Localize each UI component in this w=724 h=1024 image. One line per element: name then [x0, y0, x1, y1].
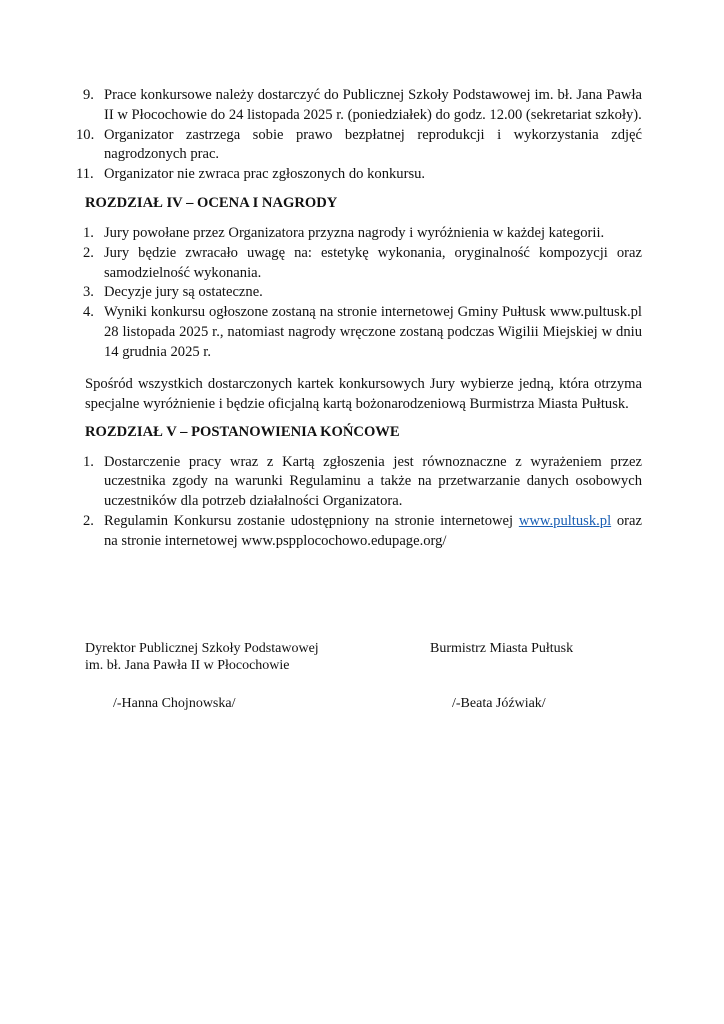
item-number: 10. [76, 126, 94, 146]
item-text: Decyzje jury są ostateczne. [104, 284, 263, 300]
section4-paragraph: Spośród wszystkich dostarczonych kartek … [85, 374, 642, 414]
list-item: 1.Jury powołane przez Organizatora przyz… [85, 224, 642, 244]
section5-heading: ROZDZIAŁ V – POSTANOWIENIA KOŃCOWE [85, 423, 642, 442]
item-number: 4. [83, 303, 94, 323]
item-text: Prace konkursowe należy dostarczyć do Pu… [104, 87, 642, 123]
list-item: 3.Decyzje jury są ostateczne. [85, 283, 642, 303]
item-number: 9. [83, 86, 94, 106]
list-item: 4.Wyniki konkursu ogłoszone zostaną na s… [85, 303, 642, 362]
signature-left-name: /-Hanna Chojnowska/ [113, 695, 235, 712]
item-text: Organizator nie zwraca prac zgłoszonych … [104, 166, 425, 182]
section3-list-tail: 9.Prace konkursowe należy dostarczyć do … [85, 86, 642, 185]
item-text: Jury będzie zwracało uwagę na: estetykę … [104, 245, 642, 281]
document-page: 9.Prace konkursowe należy dostarczyć do … [85, 86, 642, 552]
list-item: 2.Jury będzie zwracało uwagę na: estetyk… [85, 244, 642, 284]
list-item: 11.Organizator nie zwraca prac zgłoszony… [85, 165, 642, 185]
item-number: 11. [76, 165, 94, 185]
signature-left-title: Dyrektor Publicznej Szkoły Podstawowej i… [85, 640, 319, 674]
item-text: Organizator zastrzega sobie prawo bezpła… [104, 127, 642, 163]
section4-list: 1.Jury powołane przez Organizatora przyz… [85, 224, 642, 363]
item-text-before: Regulamin Konkursu zostanie udostępniony… [104, 513, 519, 529]
pultusk-link[interactable]: www.pultusk.pl [519, 513, 611, 529]
list-item: 9.Prace konkursowe należy dostarczyć do … [85, 86, 642, 126]
signature-left-title-line1: Dyrektor Publicznej Szkoły Podstawowej [85, 640, 319, 657]
signature-right-name: /-Beata Jóźwiak/ [452, 695, 546, 712]
list-item: 2.Regulamin Konkursu zostanie udostępnio… [85, 512, 642, 552]
item-number: 2. [83, 512, 94, 532]
item-text: Wyniki konkursu ogłoszone zostaną na str… [104, 304, 642, 360]
item-text: Jury powołane przez Organizatora przyzna… [104, 225, 604, 241]
section4-heading: ROZDZIAŁ IV – OCENA I NAGRODY [85, 194, 642, 213]
item-number: 1. [83, 224, 94, 244]
item-text: Dostarczenie pracy wraz z Kartą zgłoszen… [104, 454, 642, 510]
item-number: 1. [83, 453, 94, 473]
section5-list: 1.Dostarczenie pracy wraz z Kartą zgłosz… [85, 453, 642, 552]
list-item: 1.Dostarczenie pracy wraz z Kartą zgłosz… [85, 453, 642, 512]
signature-left-title-line2: im. bł. Jana Pawła II w Płocochowie [85, 657, 319, 674]
signature-right-title: Burmistrz Miasta Pułtusk [430, 640, 573, 657]
list-item: 10.Organizator zastrzega sobie prawo bez… [85, 126, 642, 166]
item-number: 3. [83, 283, 94, 303]
item-number: 2. [83, 244, 94, 264]
